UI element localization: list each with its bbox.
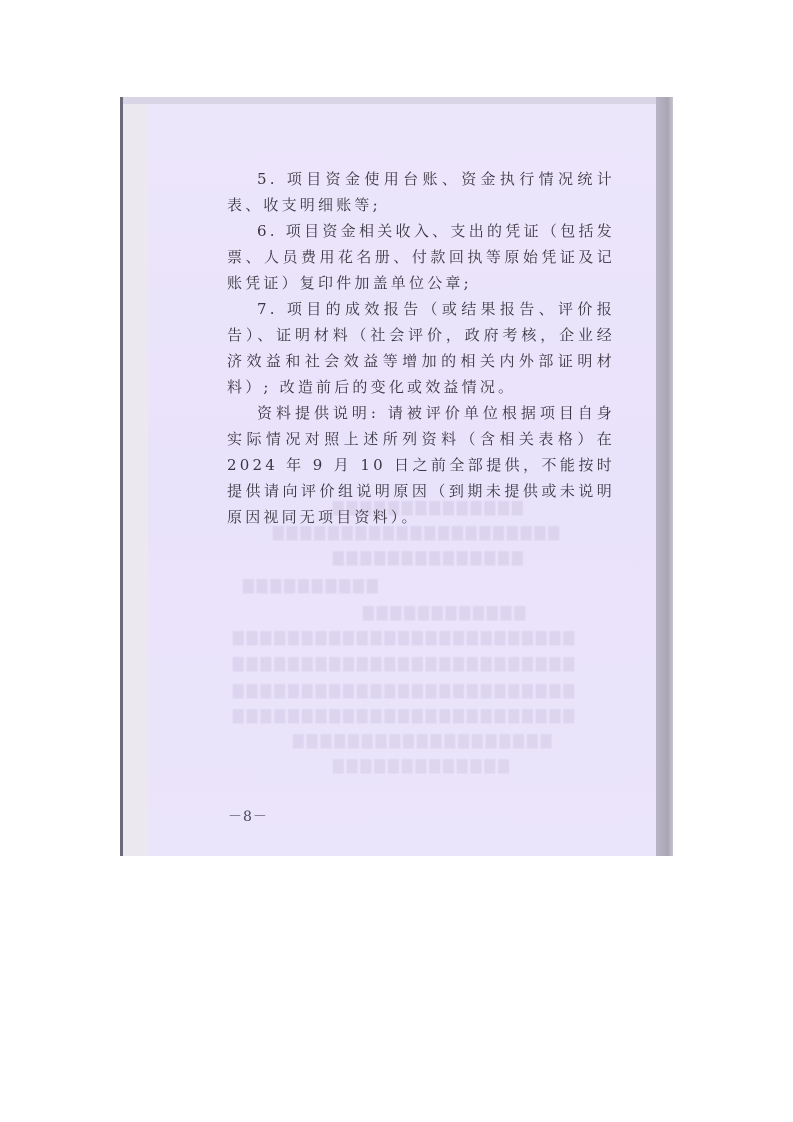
paragraph-item-6: 6. 项目资金相关收入、支出的凭证（包括发票、人员费用花名册、付款回执等原始凭证… — [227, 218, 615, 296]
underlying-sheet-edge — [123, 104, 150, 856]
bleed-through-text: ▇▇▇▇▇▇▇▇▇▇▇▇ — [360, 605, 525, 621]
bleed-through-text: ▇▇▇▇▇▇▇▇▇▇▇▇▇▇▇▇▇▇▇▇▇▇▇▇▇ — [230, 708, 574, 724]
bleed-through-text: ▇▇▇▇▇▇▇▇▇▇▇▇▇▇▇▇▇▇▇▇▇▇▇▇▇ — [230, 683, 574, 699]
paragraph-item-5: 5. 项目资金使用台账、资金执行情况统计表、收支明细账等; — [227, 166, 615, 218]
bleed-through-text: ▇▇▇▇▇▇▇▇▇▇▇▇▇▇▇▇▇▇▇▇▇▇▇▇▇ — [230, 656, 574, 672]
bleed-through-text: ▇▇▇▇▇▇▇▇▇▇▇▇▇ — [330, 758, 509, 774]
paragraph-item-7: 7. 项目的成效报告（或结果报告、评价报告）、证明材料（社会评价，政府考核，企业… — [227, 296, 615, 400]
paragraph-submission-note: 资料提供说明: 请被评价单位根据项目自身实际情况对照上述所列资料（含相关表格）在… — [227, 400, 615, 530]
document-body: 5. 项目资金使用台账、资金执行情况统计表、收支明细账等; 6. 项目资金相关收… — [227, 166, 615, 530]
page-number: －8－ — [228, 806, 268, 826]
bleed-through-text: ▇▇▇▇▇▇▇▇▇▇▇▇▇▇▇▇▇▇▇ — [290, 733, 552, 749]
binding-spine — [120, 97, 123, 856]
bleed-through-text: ▇▇▇▇▇▇▇▇▇▇▇▇▇▇▇▇▇▇▇▇▇▇▇▇▇ — [230, 630, 574, 646]
bleed-through-text: ▇▇▇▇▇▇▇▇▇▇ — [240, 578, 378, 594]
page-edge-shadow — [656, 97, 673, 856]
bleed-through-text: ▇▇▇▇▇▇▇▇▇▇▇▇▇▇ — [330, 550, 523, 566]
